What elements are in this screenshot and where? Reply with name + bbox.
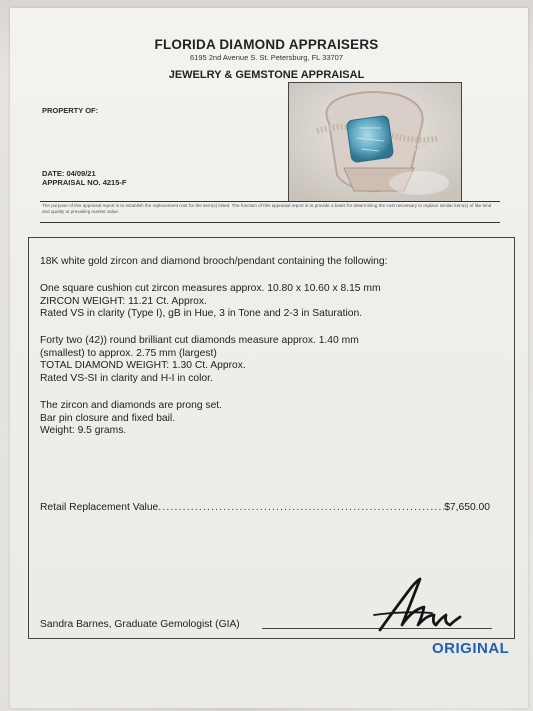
zircon-details: One square cushion cut zircon measures a… xyxy=(40,283,381,321)
company-address: 6195 2nd Avenue S. St. Petersburg, FL 33… xyxy=(0,53,533,62)
retail-value-row: Retail Replacement Value ...............… xyxy=(40,502,490,513)
setting-details: The zircon and diamonds are prong set. B… xyxy=(40,400,222,438)
divider-top xyxy=(40,201,500,202)
diamond-line: (smallest) to approx. 2.75 mm (largest) xyxy=(40,348,359,361)
property-of-label: PROPERTY OF: xyxy=(42,106,98,115)
date-value: 04/09/21 xyxy=(66,169,95,178)
item-intro: 18K white gold zircon and diamond brooch… xyxy=(40,256,387,269)
date-field: DATE: 04/09/21 xyxy=(42,169,96,178)
date-label: DATE: xyxy=(42,169,64,178)
setting-line: Bar pin closure and fixed bail. xyxy=(40,413,222,426)
report-title: JEWELRY & GEMSTONE APPRAISAL xyxy=(0,69,533,81)
item-photo xyxy=(288,82,462,202)
divider-bottom xyxy=(40,222,500,223)
gemologist-name: Sandra Barnes, Graduate Gemologist (GIA) xyxy=(40,619,240,630)
appraisal-no-label: APPRAISAL NO. xyxy=(42,178,101,187)
appraisal-no-field: APPRAISAL NO. 4215-F xyxy=(42,178,126,187)
zircon-line: Rated VS in clarity (Type I), gB in Hue,… xyxy=(40,308,381,321)
diamond-details: Forty two (42)) round brilliant cut diam… xyxy=(40,335,359,385)
diamond-line: Forty two (42)) round brilliant cut diam… xyxy=(40,335,359,348)
original-stamp: ORIGINAL xyxy=(432,640,509,657)
diamond-line: Rated VS-SI in clarity and H-I in color. xyxy=(40,373,359,386)
setting-line: The zircon and diamonds are prong set. xyxy=(40,400,222,413)
zircon-line: One square cushion cut zircon measures a… xyxy=(40,283,381,296)
setting-line: Weight: 9.5 grams. xyxy=(40,425,222,438)
diamond-line: TOTAL DIAMOND WEIGHT: 1.30 Ct. Approx. xyxy=(40,360,359,373)
signature-icon xyxy=(372,575,462,637)
retail-value-amount: $7,650.00 xyxy=(444,502,490,513)
disclaimer-fine-print: The purpose of this appraisal report is … xyxy=(42,203,497,215)
zircon-line: ZIRCON WEIGHT: 11.21 Ct. Approx. xyxy=(40,296,381,309)
leader-dots: ........................................… xyxy=(158,502,444,513)
brooch-image-icon xyxy=(289,83,461,201)
retail-value-label: Retail Replacement Value xyxy=(40,502,158,513)
appraisal-no-value: 4215-F xyxy=(103,178,127,187)
company-name: FLORIDA DIAMOND APPRAISERS xyxy=(0,37,533,52)
